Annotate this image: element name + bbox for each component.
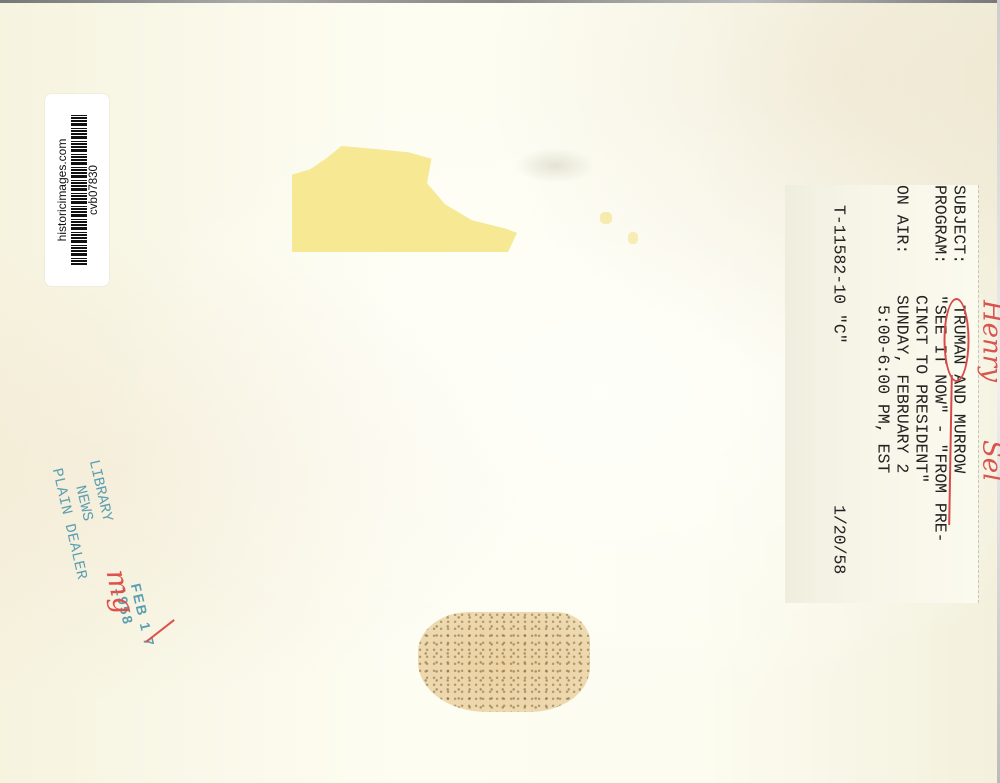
on-air-value: SUNDAY, FEBRUARY 2 xyxy=(892,295,911,473)
tape-fragment xyxy=(600,212,612,224)
sticker-site: historicimages.com xyxy=(55,105,69,275)
caption-date: 1/20/58 xyxy=(829,505,848,574)
photo-top-edge xyxy=(0,0,1000,3)
caption-label: SUBJECT: TRUMAN AND MURROW PROGRAM: "SEE… xyxy=(785,185,979,603)
red-circle-mark xyxy=(943,298,969,382)
handwritten-note: Sel xyxy=(981,440,1000,482)
on-air-time: 5:00-6:00 PM, EST xyxy=(873,305,892,473)
sticker-code: cvb07830 xyxy=(88,105,100,275)
program-label: PROGRAM: xyxy=(930,185,949,264)
on-air-label: ON AIR: xyxy=(892,185,911,254)
barcode-icon xyxy=(71,115,87,265)
subject-label: SUBJECT: xyxy=(949,185,968,264)
tape-fragment xyxy=(628,232,638,244)
program-value-cont: CINCT TO PRESIDENT" xyxy=(911,295,930,483)
smudge xyxy=(515,148,595,183)
caption-id: T-11582-10 "C" xyxy=(829,205,848,344)
glue-stain xyxy=(418,612,590,712)
handwritten-note: Henry xyxy=(981,300,1000,382)
barcode-sticker: historicimages.com cvb07830 xyxy=(45,94,109,286)
